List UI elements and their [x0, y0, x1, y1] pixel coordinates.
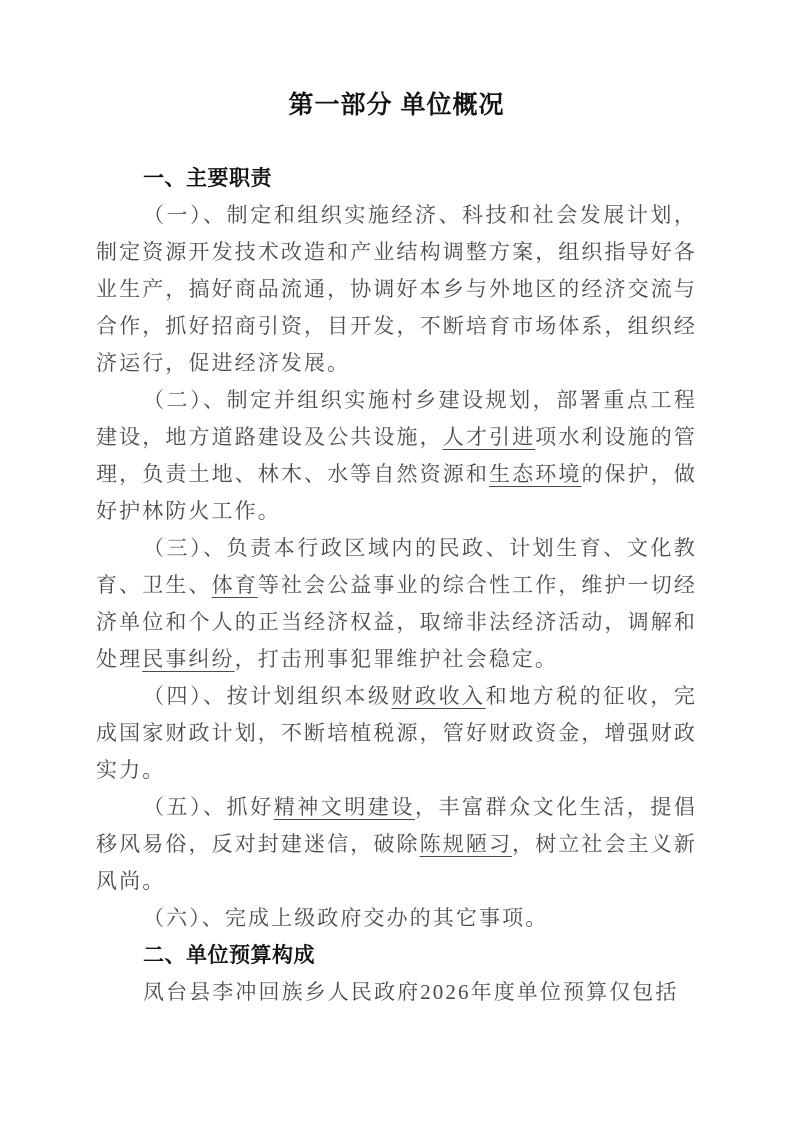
paragraph: （五）、抓好精神文明建设，丰富群众文化生活，提倡移风易俗，反对封建迷信，破除陈规…: [96, 789, 697, 900]
paragraph: （二）、制定并组织实施村乡建设规划，部署重点工程建设，地方道路建设及公共设施，人…: [96, 382, 697, 530]
text-segment: （五）、抓好: [143, 795, 274, 819]
paragraph: （四）、按计划组织本级财政收入和地方税的征收，完成国家财政计划，不断培植税源，管…: [96, 678, 697, 789]
underlined-phrase: 生态环境: [489, 462, 581, 486]
document-page: 第一部分 单位概况 一、主要职责（一）、制定和组织实施经济、科技和社会发展计划，…: [0, 0, 793, 1122]
section-heading: 二、单位预算构成: [96, 937, 697, 974]
document-body: 一、主要职责（一）、制定和组织实施经济、科技和社会发展计划，制定资源开发技术改造…: [96, 160, 697, 1011]
document-title: 第一部分 单位概况: [96, 88, 697, 122]
underlined-phrase: 民事纠纷: [142, 647, 234, 671]
text-segment: （一）、制定和组织实施经济、科技和社会发展计划，制定资源开发技术改造和产业结构调…: [96, 203, 697, 375]
underlined-phrase: 人才引进: [443, 425, 535, 449]
text-segment: ，打击刑事犯罪维护社会稳定。: [235, 647, 558, 671]
underlined-phrase: 精神文明建设: [274, 795, 415, 819]
underlined-phrase: 陈规陋习: [420, 832, 512, 856]
document-content: 第一部分 单位概况 一、主要职责（一）、制定和组织实施经济、科技和社会发展计划，…: [96, 88, 697, 1011]
paragraph: 凤台县李冲回族乡人民政府2026年度单位预算仅包括: [96, 974, 697, 1011]
section-heading: 一、主要职责: [96, 160, 697, 197]
underlined-phrase: 财政收入: [391, 684, 485, 708]
text-segment: 凤台县李冲回族乡人民政府2026年度单位预算仅包括: [143, 980, 679, 1004]
paragraph: （三）、负责本行政区域内的民政、计划生育、文化教育、卫生、体育等社会公益事业的综…: [96, 530, 697, 678]
paragraph: （一）、制定和组织实施经济、科技和社会发展计划，制定资源开发技术改造和产业结构调…: [96, 197, 697, 382]
underlined-phrase: 体育: [212, 573, 258, 597]
text-segment: （六）、完成上级政府交办的其它事项。: [143, 906, 548, 930]
paragraph: （六）、完成上级政府交办的其它事项。: [96, 900, 697, 937]
text-segment: （四）、按计划组织本级: [143, 684, 391, 708]
